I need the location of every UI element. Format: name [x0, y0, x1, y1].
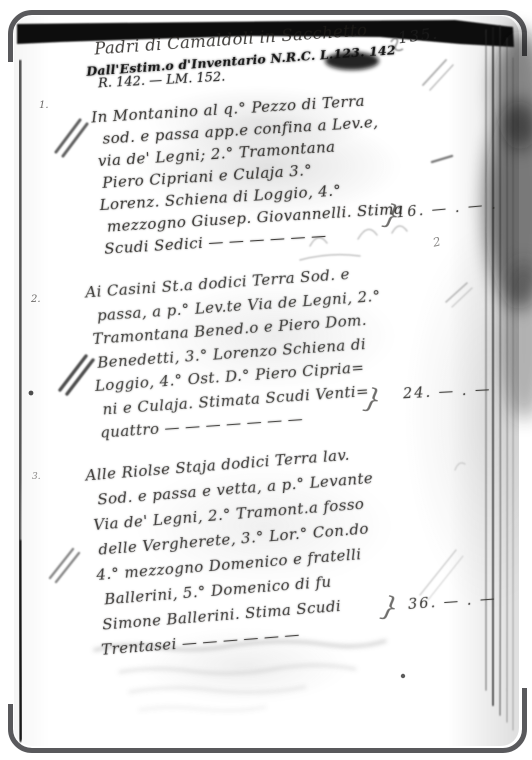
entry-2-number: 2. — [31, 294, 41, 305]
entry-2: Ai Casini St.a dodici Terra Sod. e passa… — [85, 261, 390, 446]
entry-1: In Montanino al q.° Pezzo di Terra sod. … — [91, 88, 406, 260]
entry-3-number: 3. — [32, 472, 41, 482]
manuscript-scan-page: Padri di Camaldoli in Sacchetto Dall'Est… — [0, 0, 532, 760]
entry-1-number: 1. — [39, 100, 49, 111]
entry-3: Alle Riolse Staja dodici Terra lav. Sod.… — [85, 441, 386, 663]
frame-gap-left — [0, 62, 17, 704]
frame-gap-right — [514, 56, 532, 688]
